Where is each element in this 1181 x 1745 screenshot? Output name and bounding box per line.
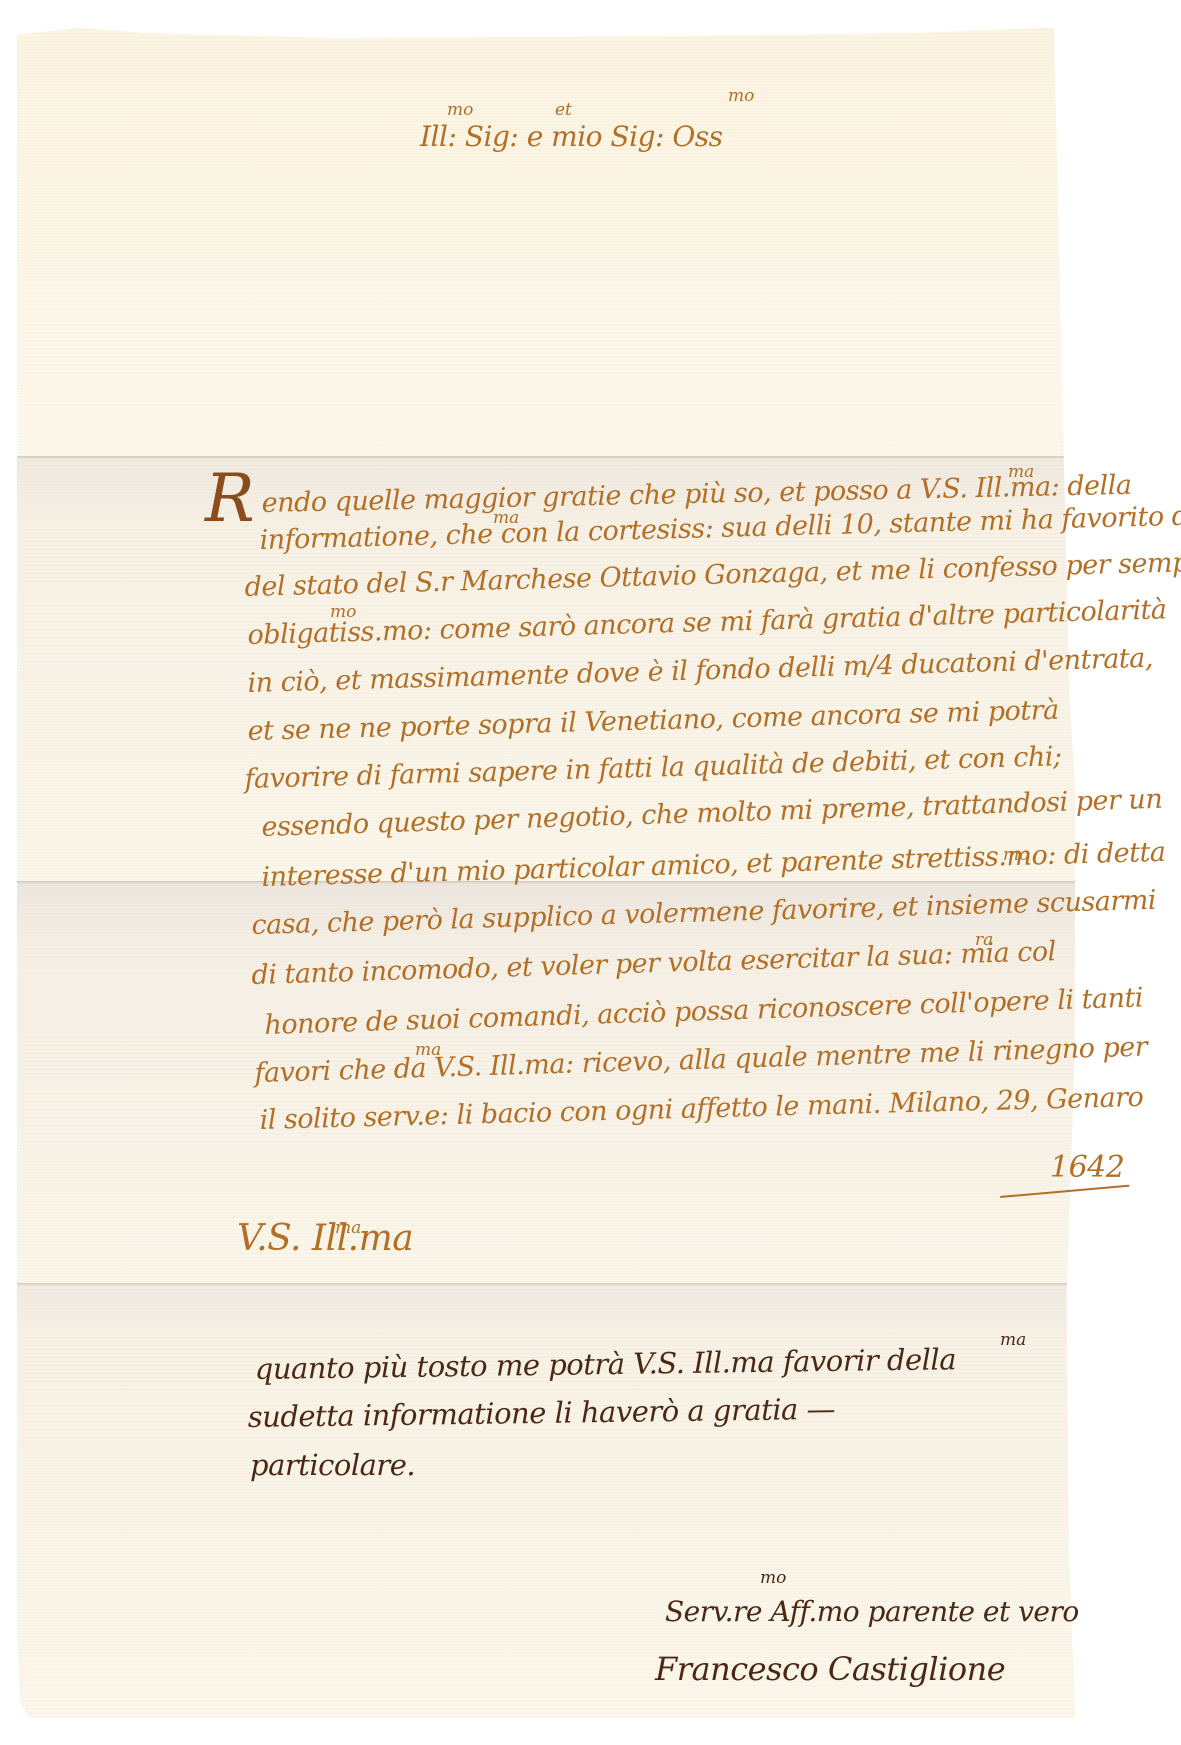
valediction-superscript: mo: [760, 1568, 786, 1588]
body-superscript: ma: [493, 508, 519, 528]
salutation-superscript: mo: [447, 100, 473, 120]
body-superscript: ma: [415, 1040, 441, 1060]
postscript-line: particolare.: [250, 1448, 415, 1482]
closing-address: V.S. Ill.ma: [237, 1218, 413, 1259]
valediction: Serv.re Aff.mo parente et vero: [665, 1595, 1079, 1628]
date-year: 1642: [1050, 1150, 1124, 1185]
postscript-superscript: ma: [1000, 1330, 1026, 1350]
salutation-superscript: mo: [728, 86, 754, 106]
signature-name: Francesco Castiglione: [655, 1650, 1005, 1688]
salutation-superscript: et: [555, 100, 572, 120]
salutation-heading: Ill: Sig: e mio Sig: Oss: [420, 120, 723, 153]
body-superscript: ma: [1008, 462, 1034, 482]
decorated-initial: R: [205, 460, 255, 537]
body-superscript: mo: [1003, 845, 1029, 865]
body-superscript: ra: [975, 930, 993, 950]
closing-superscript: ma: [335, 1218, 361, 1238]
body-superscript: mo: [330, 602, 356, 622]
